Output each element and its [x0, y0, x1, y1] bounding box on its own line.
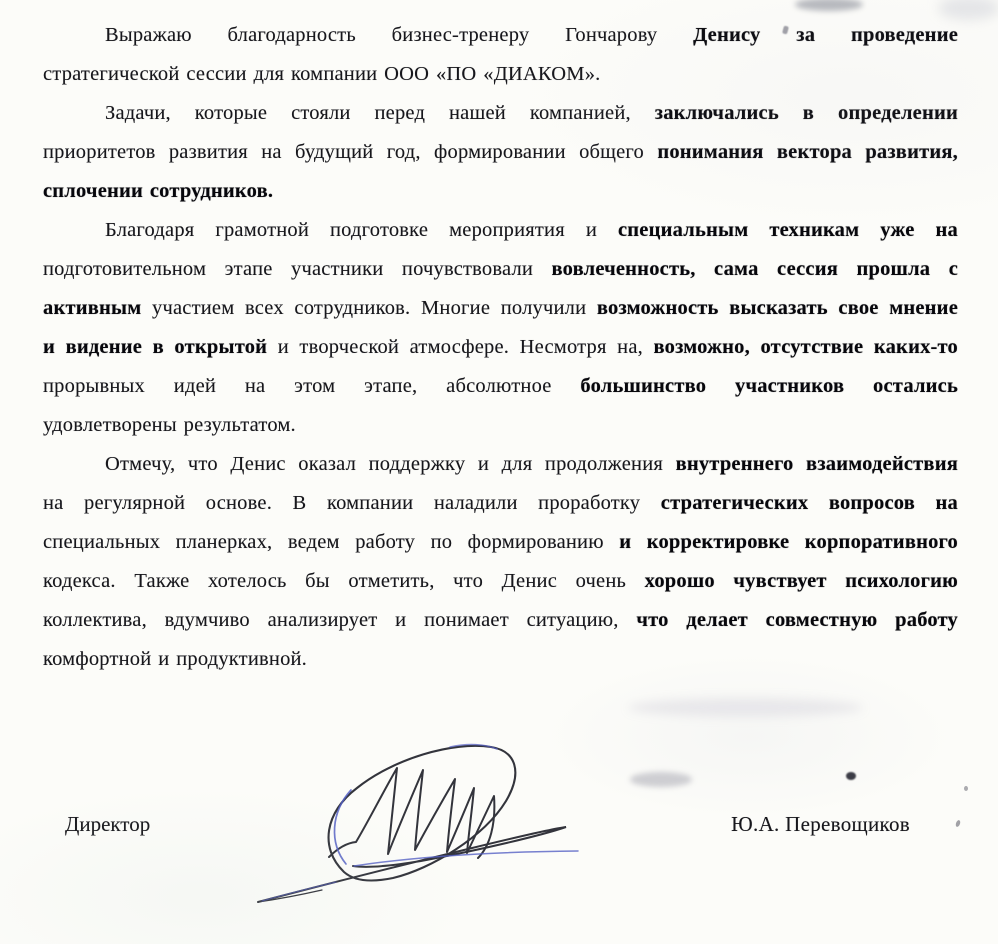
closing-row: Директор Ю.А. Перевощиков [43, 812, 958, 837]
emphasized-text: активным [43, 297, 141, 319]
text-segment: специальных планерках, ведем работу по ф… [43, 531, 619, 553]
signatory-name: Ю.А. Перевощиков [731, 812, 958, 837]
text-segment: Отмечу, что Денис оказал поддержку и для… [105, 453, 676, 475]
scan-artifact [630, 772, 692, 787]
text-line: Выражаю благодарность бизнес-тренеру Гон… [43, 16, 958, 55]
scan-artifact [628, 698, 863, 717]
text-line: на регулярной основе. В компании наладил… [43, 484, 958, 523]
emphasized-text: вовлеченность, сама сессия прошла с [552, 258, 958, 280]
text-segment: приоритетов развития на будущий год, фор… [43, 141, 657, 163]
emphasized-text: и видение в открытой [43, 336, 267, 358]
text-segment: Выражаю благодарность бизнес-тренеру Гон… [105, 24, 693, 46]
text-segment: Задачи, которые стояли перед нашей компа… [105, 102, 655, 124]
text-line: прорывных идей на этом этапе, абсолютное… [43, 367, 958, 406]
emphasized-text: за проведение [796, 24, 958, 46]
emphasized-text: внутреннего взаимодействия [676, 453, 958, 475]
emphasized-text: Денису [693, 24, 760, 46]
emphasized-text: стратегических вопросов на [661, 492, 958, 514]
text-line: комфортной и продуктивной. [43, 640, 958, 679]
emphasized-text: что делает совместную работу [636, 609, 958, 631]
text-line: подготовительном этапе участники почувст… [43, 250, 958, 289]
emphasized-text: заключались в определении [655, 102, 958, 124]
paragraph: Выражаю благодарность бизнес-тренеру Гон… [43, 16, 958, 94]
text-segment: коллектива, вдумчиво анализирует и поним… [43, 609, 636, 631]
text-segment: Благодаря грамотной подготовке мероприят… [105, 219, 618, 241]
text-line: Отмечу, что Денис оказал поддержку и для… [43, 445, 958, 484]
scan-artifact [795, 0, 863, 11]
text-segment: и творческой атмосфере. Несмотря на, [267, 336, 653, 358]
text-line: коллектива, вдумчиво анализирует и поним… [43, 601, 958, 640]
text-line: и видение в открытой и творческой атмосф… [43, 328, 958, 367]
text-segment [760, 24, 796, 46]
text-line: приоритетов развития на будущий год, фор… [43, 133, 958, 172]
text-segment: стратегической сессии для компании ООО «… [43, 63, 600, 85]
text-segment: прорывных идей на этом этапе, абсолютное [43, 375, 580, 397]
text-segment: подготовительном этапе участники почувст… [43, 258, 552, 280]
text-segment: кодекса. Также хотелось бы отметить, что… [43, 570, 645, 592]
emphasized-text: специальным техникам уже на [618, 219, 958, 241]
emphasized-text: понимания вектора развития, [657, 141, 958, 163]
text-line: специальных планерках, ведем работу по ф… [43, 523, 958, 562]
paragraph: Отмечу, что Денис оказал поддержку и для… [43, 445, 958, 679]
text-line: удовлетворены результатом. [43, 406, 958, 445]
text-line: стратегической сессии для компании ООО «… [43, 55, 958, 94]
text-segment: участием всех сотрудников. Многие получи… [141, 297, 596, 319]
signature-blue-tail [262, 882, 336, 901]
signatory-title: Директор [43, 812, 150, 837]
emphasized-text: и корректировке корпоративного [619, 531, 958, 553]
scan-artifact [964, 786, 968, 791]
text-line: Задачи, которые стояли перед нашей компа… [43, 94, 958, 133]
scanned-letter-page: Выражаю благодарность бизнес-тренеру Гон… [0, 0, 998, 944]
letter-body: Выражаю благодарность бизнес-тренеру Гон… [43, 16, 958, 679]
signature-tail-stroke [258, 890, 322, 902]
paragraph: Задачи, которые стояли перед нашей компа… [43, 94, 958, 211]
text-segment: удовлетворены результатом. [43, 414, 296, 436]
emphasized-text: возможно, отсутствие каких-то [654, 336, 958, 358]
paragraph: Благодаря грамотной подготовке мероприят… [43, 211, 958, 445]
text-segment: комфортной и продуктивной. [43, 648, 307, 670]
emphasized-text: большинство участников остались [580, 375, 958, 397]
emphasized-text: возможность высказать свое мнение [597, 297, 958, 319]
text-segment: на регулярной основе. В компании наладил… [43, 492, 661, 514]
signature-swoosh-stroke [258, 827, 566, 902]
text-line: сплочении сотрудников. [43, 172, 958, 211]
text-line: Благодаря грамотной подготовке мероприят… [43, 211, 958, 250]
emphasized-text: хорошо чувствует психологию [645, 570, 958, 592]
signature-blue-top-arc [450, 745, 497, 749]
text-line: активным участием всех сотрудников. Мног… [43, 289, 958, 328]
emphasized-text: сплочении сотрудников. [43, 180, 273, 202]
text-line: кодекса. Также хотелось бы отметить, что… [43, 562, 958, 601]
scan-artifact [846, 772, 856, 780]
signature-blue-underline [354, 851, 578, 866]
